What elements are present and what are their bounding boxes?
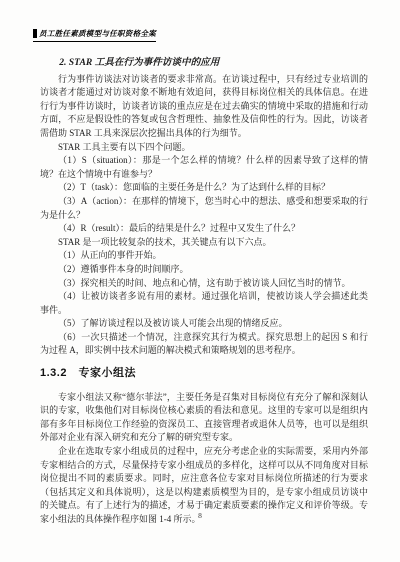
paragraph: 行为事件访谈法对访谈者的要求非常高。在访谈过程中，只有经过专业培训的访谈者才能通… — [40, 73, 368, 141]
running-head: 员工胜任素质模型与任职资格全案 — [33, 28, 156, 42]
paragraph: STAR 工具主要有以下四个问题。 — [40, 141, 368, 155]
section-heading-star-application: 2. STAR 工具在行为事件访谈中的应用 — [40, 56, 368, 70]
list-item-action: （3）A（action）：在那样的情境下，您当时心中的想法、感受和想要采取的行为… — [40, 195, 368, 222]
page-number: 8 — [0, 511, 400, 520]
list-item-keypoint-2: （2）遵循事件本身的时间顺序。 — [40, 263, 368, 277]
list-item-keypoint-3: （3）探究相关的时间、地点和心情，这有助于被访谈人回忆当时的情节。 — [40, 277, 368, 291]
list-item-keypoint-1: （1）从正向的事件开始。 — [40, 249, 368, 263]
document-page: 员工胜任素质模型与任职资格全案 2. STAR 工具在行为事件访谈中的应用 行为… — [0, 0, 400, 562]
list-item-keypoint-5: （5）了解访谈过程以及被访谈人可能会出现的情绪反应。 — [40, 317, 368, 331]
list-item-result: （4）R（result）：最后的结果是什么？过程中又发生了什么？ — [40, 222, 368, 236]
list-item-keypoint-6: （6）一次只描述一个情况，注意探究其行为模式。探究思想上的起因 S 和行为过程 … — [40, 331, 368, 358]
list-item-keypoint-4: （4）让被访谈者多说有用的素材。通过强化培训，使被访谈人学会描述此类事件。 — [40, 290, 368, 317]
paragraph: 专家小组法又称“德尔菲法”，主要任务是召集对目标岗位有充分了解和深刻认识的专家，… — [40, 391, 368, 445]
running-head-title: 员工胜任素质模型与任职资格全案 — [39, 28, 156, 39]
section-heading-expert-panel: 1.3.2 专家小组法 — [40, 367, 368, 381]
list-item-task: （2）T（task）：您面临的主要任务是什么？为了达到什么样的目标？ — [40, 181, 368, 195]
list-item-situation: （1）S（situation）：那是一个怎么样的情境？什么样的因素导致了这样的情… — [40, 154, 368, 181]
page-body: 2. STAR 工具在行为事件访谈中的应用 行为事件访谈法对访谈者的要求非常高。… — [40, 56, 368, 527]
header-bar-icon — [33, 29, 37, 38]
paragraph: STAR 是一项比较复杂的技术，其关键点有以下六点。 — [40, 236, 368, 250]
